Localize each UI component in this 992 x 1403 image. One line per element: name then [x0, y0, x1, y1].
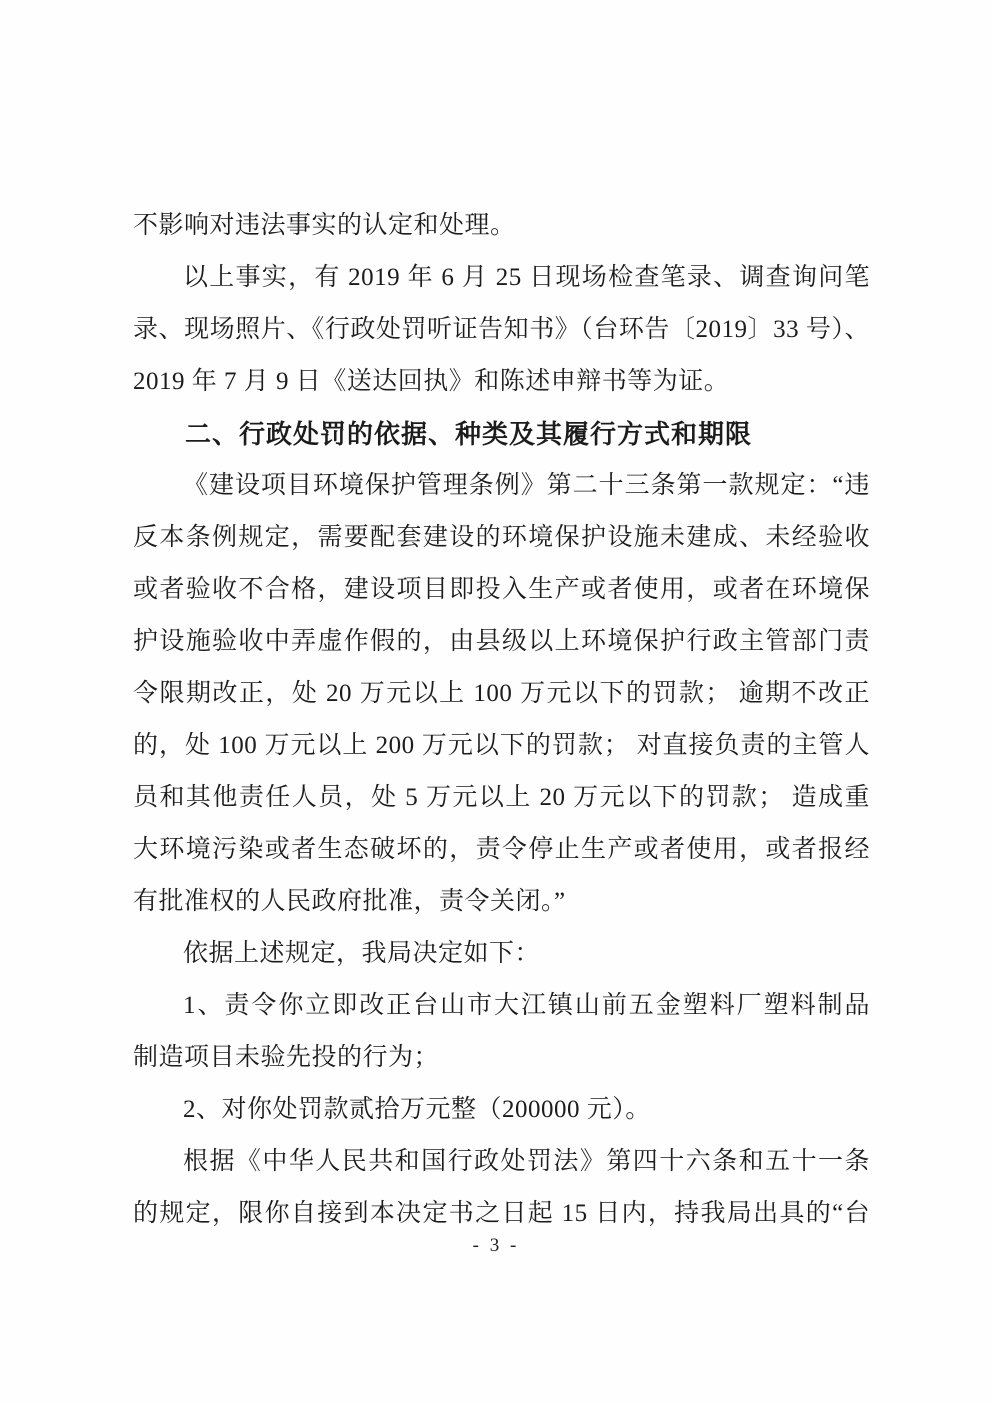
text-line: 依据上述规定，我局决定如下： — [133, 928, 870, 980]
document-body: 不影响对违法事实的认定和处理。 以上事实，有 2019 年 6 月 25 日现场… — [133, 200, 870, 1240]
text-line: 或者验收不合格，建设项目即投入生产或者使用，或者在环境保 — [133, 564, 870, 616]
text-line: 不影响对违法事实的认定和处理。 — [133, 200, 870, 252]
text-line: 的规定，限你自接到本决定书之日起 15 日内，持我局出具的“台 — [133, 1188, 870, 1240]
text-line: 2019 年 7 月 9 日《送达回执》和陈述申辩书等为证。 — [133, 356, 870, 408]
text-line: 令限期改正，处 20 万元以上 100 万元以下的罚款； 逾期不改正 — [133, 668, 870, 720]
text-line: 员和其他责任人员，处 5 万元以上 20 万元以下的罚款； 造成重 — [133, 772, 870, 824]
document-page: 不影响对违法事实的认定和处理。 以上事实，有 2019 年 6 月 25 日现场… — [0, 0, 992, 1403]
section-heading: 二、行政处罚的依据、种类及其履行方式和期限 — [133, 408, 870, 460]
text-line: 根据《中华人民共和国行政处罚法》第四十六条和五十一条 — [133, 1136, 870, 1188]
text-line: 2、对你处罚款贰拾万元整（200000 元）。 — [133, 1084, 870, 1136]
text-line: 录、现场照片、《行政处罚听证告知书》（台环告〔2019〕33 号）、 — [133, 304, 870, 356]
text-line: 大环境污染或者生态破坏的，责令停止生产或者使用，或者报经 — [133, 824, 870, 876]
page-number: - 3 - — [0, 1234, 992, 1258]
text-line: 《建设项目环境保护管理条例》第二十三条第一款规定：“违 — [133, 460, 870, 512]
text-line: 反本条例规定，需要配套建设的环境保护设施未建成、未经验收 — [133, 512, 870, 564]
text-line: 的，处 100 万元以上 200 万元以下的罚款； 对直接负责的主管人 — [133, 720, 870, 772]
text-line: 以上事实，有 2019 年 6 月 25 日现场检查笔录、调查询问笔 — [133, 252, 870, 304]
text-line: 1、责令你立即改正台山市大江镇山前五金塑料厂塑料制品 — [133, 980, 870, 1032]
text-line: 护设施验收中弄虚作假的，由县级以上环境保护行政主管部门责 — [133, 616, 870, 668]
text-line: 制造项目未验先投的行为； — [133, 1032, 870, 1084]
text-line: 有批准权的人民政府批准，责令关闭。” — [133, 876, 870, 928]
